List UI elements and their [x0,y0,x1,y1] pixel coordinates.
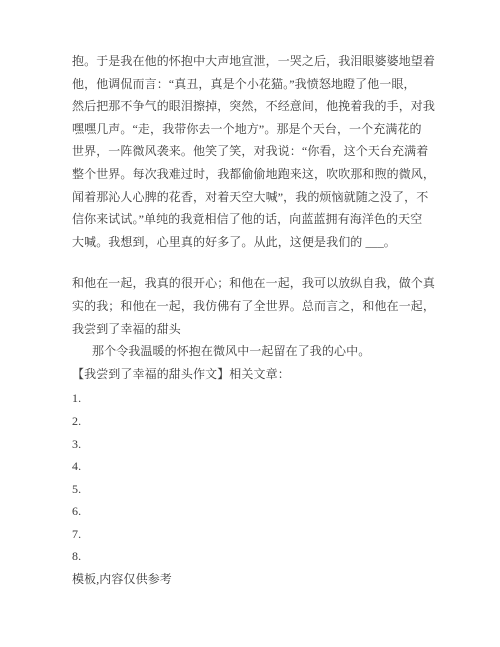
text-line: 实的我；和他在一起，我仿佛有了全世界。总而言之，和他在一起， [72,295,434,318]
paragraph-summary: 和他在一起，我真的很开心；和他在一起，我可以放纵自我，做个真 实的我；和他在一起… [72,272,434,340]
footer-note: 模板,内容仅供参考 [72,568,434,591]
related-articles-heading: 【我尝到了幸福的甜头作文】相关文章： [72,363,434,386]
text-line: 世界，一阵微风袭来。他笑了笑，对我说：“你看，这个天台充满着 [72,140,434,163]
list-item: 8. [72,545,434,568]
text-line: 然后把那不争气的眼泪擦掉，突然，不经意间，他挽着我的手，对我 [72,95,434,118]
article-body: 抱。于是我在他的怀抱中大声地宣泄，一哭之后，我泪眼婆婆地望着 他，他调侃而言：“… [72,50,434,591]
document-page: 抱。于是我在他的怀抱中大声地宣泄，一哭之后，我泪眼婆婆地望着 他，他调侃而言：“… [0,0,500,647]
closing-line: 那个令我温暖的怀抱在微风中一起留在了我的心中。 [72,340,434,363]
list-item: 6. [72,500,434,523]
text-line: 闻着那沁人心脾的花香，对着天空大喊”，我的烦恼就随之没了，不 [72,186,434,209]
text-line: 抱。于是我在他的怀抱中大声地宣泄，一哭之后，我泪眼婆婆地望着 [72,50,434,73]
text-line: 他，他调侃而言：“真丑，真是个小花猫。”我愤怒地瞪了他一眼， [72,73,434,96]
list-item: 4. [72,455,434,478]
list-item: 2. [72,410,434,433]
text-line: 我尝到了幸福的甜头 [72,318,434,341]
text-line: 和他在一起，我真的很开心；和他在一起，我可以放纵自我，做个真 [72,272,434,295]
list-item: 5. [72,478,434,501]
text-line: 信你来试试。”单纯的我竟相信了他的话，向蓝蓝拥有海洋色的天空 [72,208,434,231]
text-line: 嘿嘿几声。“走，我带你去一个地方”。那是个天台，一个充满花的 [72,118,434,141]
text-line: 整个世界。每次我难过时，我都偷偷地跑来这，吹吹那和煦的微风， [72,163,434,186]
text-line: 大喊。我想到，心里真的好多了。从此，这便是我们的 ___。 [72,231,434,254]
paragraph-continuation: 抱。于是我在他的怀抱中大声地宣泄，一哭之后，我泪眼婆婆地望着 他，他调侃而言：“… [72,50,434,253]
list-item: 3. [72,433,434,456]
list-item: 7. [72,523,434,546]
related-articles-list: 1. 2. 3. 4. 5. 6. 7. 8. [72,387,434,568]
list-item: 1. [72,387,434,410]
